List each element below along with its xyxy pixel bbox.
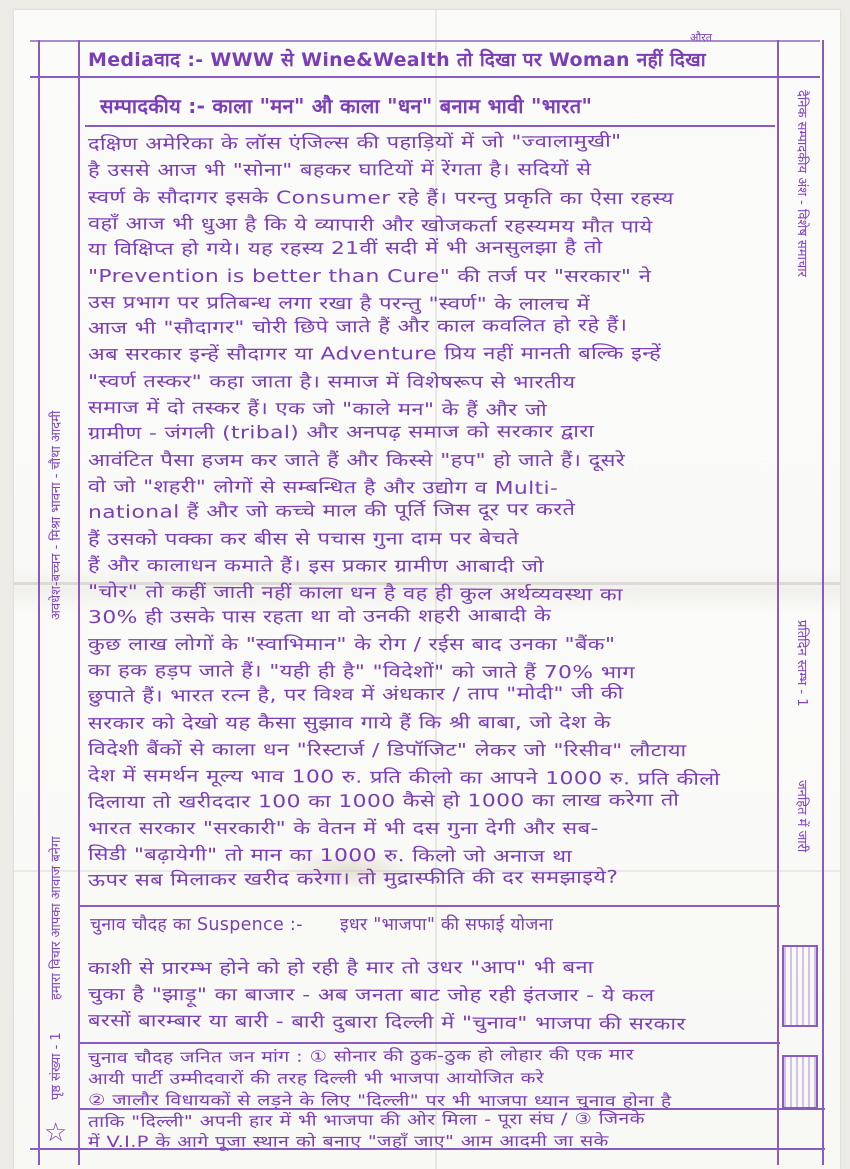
text-line: वो जो "शहरी" लोगों से सम्बन्धित है और उद… xyxy=(88,474,558,500)
text-line: कुछ लाख लोगों के "स्वाभिमान" के रोग / रई… xyxy=(88,632,615,656)
text-line: इधर "भाजपा" की सफाई योजना xyxy=(340,912,553,936)
top-line: Mediaवाद :- WWW से Wine&Wealth तो दिखा प… xyxy=(88,46,706,72)
right-margin-text-1: दैनिक सम्पादकीय अंश - विशेष समाचार xyxy=(794,90,812,277)
border-left-inner xyxy=(78,40,80,1165)
text-line: हैं उसको पक्का कर बीस से पचास गुना दाम प… xyxy=(88,526,519,551)
text-line: में V.I.P के आगे पूजा स्थान को बनाए "जहा… xyxy=(88,1129,609,1152)
text-line: या विक्षिप्त हो गये। यह रहस्य 21वीं सदी … xyxy=(88,235,603,261)
text-line: उस प्रभाग पर प्रतिबन्ध लगा रखा है परन्तु… xyxy=(88,290,590,316)
editorial-title-text: :- काला "मन" औ काला "धन" बनाम भावी "भारत… xyxy=(188,94,592,118)
hatched-box-lower xyxy=(782,1055,818,1109)
text-line: ऊपर सब मिलाकर खरीद करेगा। तो मुद्रास्फीत… xyxy=(88,865,618,892)
text-line: national हैं और जो कच्चे माल की पूर्ति ज… xyxy=(88,497,576,524)
text-line: सरकार को देखो यह कैसा सुझाव गाये हैं कि … xyxy=(88,709,611,734)
star-icon: ☆ xyxy=(44,1118,67,1148)
text-line: आज भी "सौदागर" चोरी छिपे जाते हैं और काल… xyxy=(88,313,628,340)
top-line-annotation: औरत xyxy=(690,30,712,45)
text-line: समाज में दो तस्कर हैं। एक जो "काले मन" क… xyxy=(88,395,547,422)
left-margin-text-1: अवधेश-बच्चन - मिश्रा भावना - चौथा आदमी xyxy=(46,411,64,620)
header-rule xyxy=(30,76,820,78)
section-two-heading: चुनाव चौदह का Suspence :- xyxy=(90,912,303,936)
text-line: "Prevention is better than Cure" की तर्ज… xyxy=(88,264,651,288)
text-line: दक्षिण अमेरिका के लॉस एंजिल्स की पहाड़िय… xyxy=(88,129,622,156)
hatched-box-upper xyxy=(782,945,818,1027)
editorial-title-label: सम्पादकीय xyxy=(100,94,181,118)
section-rule-1 xyxy=(80,905,780,907)
text-line: विदेशी बैंकों से काला धन "रिस्टार्ज / डि… xyxy=(88,737,687,762)
text-line: अब सरकार इन्हें सौदागर या Adventure प्रि… xyxy=(88,341,661,366)
right-margin-text-3: जनहित में जारी xyxy=(794,780,812,852)
text-line: है उससे आज भी "सोना" बहकर घाटियों में रे… xyxy=(88,157,591,182)
title-rule xyxy=(85,125,775,127)
text-line: आवंटित पैसा हजम कर जाते हैं और किस्से "ह… xyxy=(88,448,625,472)
text-line: ग्रामीण - जंगली (tribal) और अनपढ़ समाज क… xyxy=(88,419,594,445)
text-line: छुपाते हैं। भारत रत्न है, पर विश्व में अ… xyxy=(88,681,624,708)
right-margin-text-2: प्रतिदिन स्तम्भ - 1 xyxy=(794,620,812,707)
border-right-inner xyxy=(777,40,779,1165)
border-left-outer xyxy=(38,40,40,1165)
text-line: चुनाव चौदह जनित जन मांग : ① सोनार की ठुक… xyxy=(88,1043,634,1068)
text-line: स्वर्ण के सौदागर इसके Consumer रहे हैं। … xyxy=(88,185,674,210)
text-line: चुका है "झाड़ू" का बाजार - अब जनता बाट ज… xyxy=(88,982,655,1007)
border-right-outer xyxy=(822,40,824,1165)
text-line: दिलाया तो खरीददार 100 का 1000 कैसे हो 10… xyxy=(88,787,679,813)
editorial-title: सम्पादकीय :- काला "मन" औ काला "धन" बनाम … xyxy=(100,92,592,119)
top-line-label: Mediaवाद xyxy=(88,49,180,71)
text-line: "स्वर्ण तस्कर" कहा जाता है। समाज में विश… xyxy=(88,369,575,394)
left-margin-text-3: पृष्ठ संख्या - 1 xyxy=(46,1032,64,1100)
text-line: काशी से प्रारम्भ होने को हो रही है मार त… xyxy=(88,955,594,980)
text-line: 30% ही उसके पास रहता था वो उनकी शहरी आबा… xyxy=(88,603,551,629)
text-line: हैं और कालाधन कमाते हैं। इस प्रकार ग्राम… xyxy=(88,553,544,578)
text-line: आयी पार्टी उम्मीदवारों की तरह दिल्ली भी … xyxy=(88,1066,544,1089)
top-line-text: :- WWW से Wine&Wealth तो दिखा पर Woman न… xyxy=(187,49,706,71)
text-line: बरसों बारम्बार या बारी - बारी दुबारा दिल… xyxy=(88,1008,686,1036)
left-margin-text-2: हमारा विचार आपका आवाज बनेगा xyxy=(46,836,64,1000)
text-line: सिडी "बढ़ायेगी" तो मान का 1000 रु. किलो … xyxy=(88,842,572,868)
text-line: भारत सरकार "सरकारी" के वेतन में भी दस गु… xyxy=(88,816,599,840)
